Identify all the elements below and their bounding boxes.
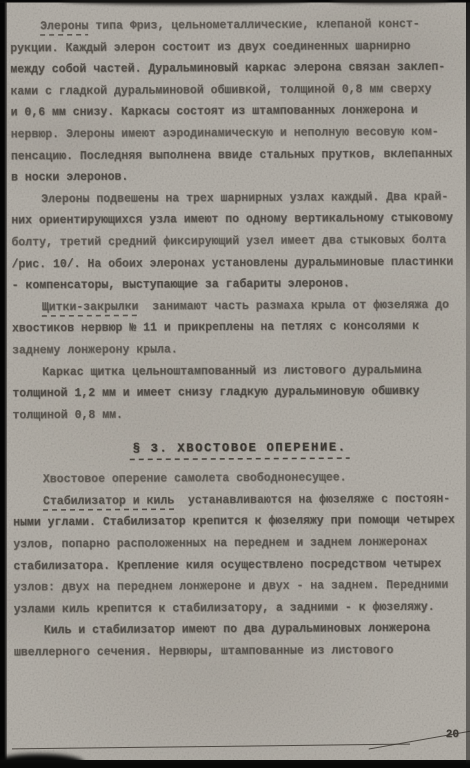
underlined-phrase: Элероны xyxy=(40,20,88,37)
underlined-phrase: Щитки-закрылки xyxy=(42,300,139,318)
text-line: в носки элеронов. xyxy=(11,165,463,189)
section-heading-text: § 3. ХВОСТОВОЕ ОПЕРЕНИЕ. xyxy=(130,441,350,461)
text-line: - компенсаторы, выступающие за габариты … xyxy=(12,273,464,297)
text-line: ными углами. Стабилизатор крепится к фюз… xyxy=(13,510,465,534)
text-line: них ориентирующихся узла имеют по одному… xyxy=(11,208,463,232)
text-line: заднему лонжерону крыла. xyxy=(12,338,464,362)
text-line: толщиной 0,8 мм. xyxy=(12,402,464,426)
scan-edge-right xyxy=(466,0,470,768)
text-line: стабилизатора. Крепление киля осуществле… xyxy=(13,553,465,577)
document-text: Элероны типа Фриз, цельнометаллические, … xyxy=(11,14,467,664)
text-line: Стабилизатор и киль устанавливаются на ф… xyxy=(13,488,465,512)
text-line: болту, третий средний фиксирующий узел и… xyxy=(11,230,463,254)
text-line: нервюр. Элероны имеют аэродинамическую и… xyxy=(11,122,463,146)
text-line: Элероны подвешены на трех шарнирных узла… xyxy=(11,186,463,210)
page-number: 20 xyxy=(446,729,459,741)
text-line: Щитки-закрылки занимают часть размаха кр… xyxy=(12,294,464,318)
text-line: Каркас щитка цельноштампованный из листо… xyxy=(12,359,464,383)
page-frame-bottom-line xyxy=(12,743,410,749)
section-heading: § 3. ХВОСТОВОЕ ОПЕРЕНИЕ. xyxy=(14,437,466,458)
text-line: узлами киль крепится к стабилизатору, а … xyxy=(14,596,466,620)
text-line: толщиной 1,2 мм и имеет снизу гладкую ду… xyxy=(12,381,464,405)
paragraphs-before-heading: Элероны типа Фриз, цельнометаллические, … xyxy=(11,14,465,427)
text-line: швеллерного сечения. Нервюры, штампованн… xyxy=(14,640,466,664)
text-line: узлов: двух на переднем лонжероне и двух… xyxy=(13,575,465,599)
text-line: узлов, попарно расположенных на переднем… xyxy=(13,532,465,556)
text-line: рукции. Каждый элерон состоит из двух со… xyxy=(10,35,462,59)
text-line: хвостиков нервюр № 11 и прикреплены на п… xyxy=(12,316,464,340)
paragraphs-after-heading: Хвостовое оперение самолета свободнонесу… xyxy=(14,467,467,664)
underlined-phrase: Стабилизатор и киль xyxy=(43,494,174,512)
paper-sheet: Элероны типа Фриз, цельнометаллические, … xyxy=(4,2,470,760)
scan-edge-bottom xyxy=(0,760,470,768)
text-line: и 0,6 мм снизу. Каркасы состоят из штамп… xyxy=(11,100,463,124)
text-line: между собой частей. Дуральминовый каркас… xyxy=(10,57,462,81)
scan-edge-left xyxy=(0,0,7,768)
text-line: Хвостовое оперение самолета свободнонесу… xyxy=(13,467,465,491)
text-line: /рис. 10/. На обоих элеронах установлены… xyxy=(11,251,463,275)
text-line: ками с гладкой дуральминовой обшивкой, т… xyxy=(10,78,462,102)
scanned-page: Элероны типа Фриз, цельнометаллические, … xyxy=(0,0,470,768)
text-line: Киль и стабилизатор имеют по два дуральм… xyxy=(14,618,466,642)
text-line: Элероны типа Фриз, цельнометаллические, … xyxy=(10,14,462,38)
text-line: пенсацию. Последняя выполнена ввиде стал… xyxy=(11,143,463,167)
